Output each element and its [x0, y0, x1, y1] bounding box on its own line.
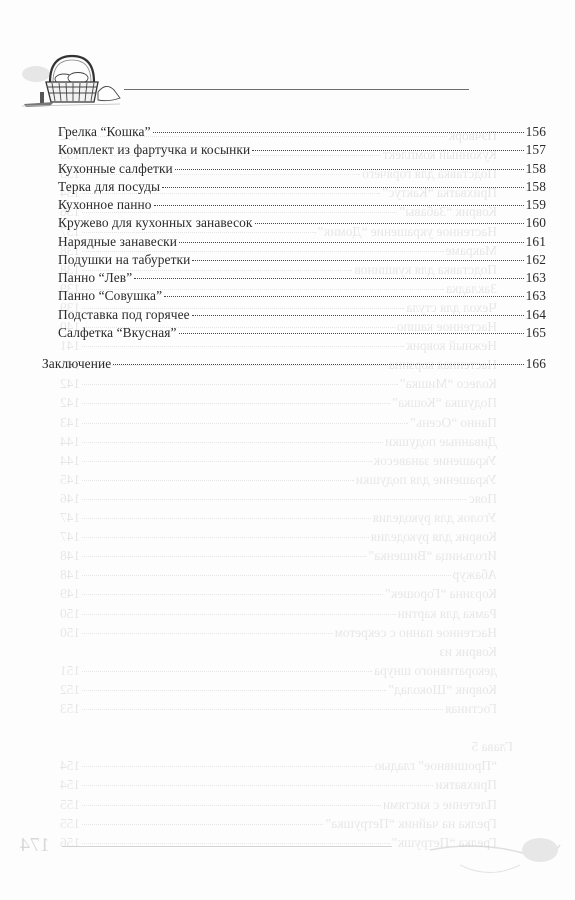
bleed-through-entry-page: 155: [60, 816, 80, 832]
dot-leader: [82, 690, 386, 691]
toc-entry-title: Подушки на табуретки: [58, 252, 190, 268]
bleed-through-entry-title: Рамка для картин: [398, 606, 497, 622]
bleed-through-entry-title: Прихватки: [436, 777, 498, 793]
toc-entry-page-number: 166: [526, 356, 546, 372]
toc-entry: Кухонное панно159: [58, 197, 546, 213]
bleed-through-entry-title: Игольница “Вишенка”: [368, 548, 497, 564]
toc-entry-page-number: 160: [526, 215, 546, 231]
bleed-through-entry-title: декоративного шнура: [374, 663, 497, 679]
bleed-through-entry-title: Глава 5: [472, 739, 514, 755]
bleed-through-entry-page: 148: [60, 567, 80, 583]
toc-entry: Кухонные салфетки158: [58, 161, 546, 177]
toc-entry-title: Панно “Лев”: [58, 270, 132, 286]
bleed-through-entry: Украшение занавесок144: [60, 453, 497, 469]
bleed-through-entry-page: 144: [60, 453, 80, 469]
bleed-through-entry-page: 150: [60, 606, 80, 622]
bleed-through-entry-title: “Прошивное” гладью: [375, 758, 497, 774]
dot-leader: [82, 843, 390, 844]
bleed-through-entry-title: Уголок для рукоделия: [373, 510, 497, 526]
toc-entry: Подушки на табуретки162: [58, 252, 546, 268]
toc-entry-title: Кухонные салфетки: [58, 161, 173, 177]
bleed-through-entry-title: Коврик “Шоколад”: [388, 682, 497, 698]
bleed-through-entry-page: 147: [60, 510, 80, 526]
dot-leader: [192, 315, 524, 316]
bleed-through-entry: Диванные подушки144: [60, 434, 497, 450]
bleed-through-entry-title: Подушка “Кошка”: [392, 395, 497, 411]
dot-leader: [164, 296, 523, 297]
dot-leader: [252, 150, 523, 151]
toc-entry-page-number: 164: [526, 307, 546, 323]
dot-leader: [82, 785, 433, 786]
bleed-through-entry-page: 142: [60, 395, 80, 411]
book-page: Пэчворк132Кухонный комплект133Подставка …: [0, 0, 575, 900]
bleed-through-entry-title: Корзина “Горошек”: [385, 586, 497, 602]
bleed-through-entry-title: Гостиная: [445, 701, 497, 717]
dot-leader: [82, 766, 372, 767]
dot-leader: [153, 132, 524, 133]
bleed-through-entry-title: Украшение занавесок: [374, 453, 497, 469]
toc-entry-page-number: 157: [526, 142, 546, 158]
bleed-through-entry: Глава 5: [60, 739, 513, 755]
bleed-through-entry-title: Пояс: [469, 491, 497, 507]
dot-leader: [82, 480, 354, 481]
bleed-through-entry-title: Колесо “Мишка”: [400, 376, 497, 392]
toc-entry: Панно “Совушка”163: [58, 288, 546, 304]
toc-entry-title: Кружево для кухонных занавесок: [58, 215, 253, 231]
dot-leader: [82, 575, 451, 576]
dot-leader: [82, 346, 404, 347]
bleed-through-footer-rule: [62, 846, 392, 847]
bleed-through-entry: Украшение для подушки145: [60, 472, 497, 488]
bleed-through-entry-page: 152: [60, 682, 80, 698]
bleed-through-entry-page: 150: [60, 625, 80, 641]
bleed-through-entry-page: 153: [60, 701, 80, 717]
toc-entry-page-number: 159: [526, 197, 546, 213]
dot-leader: [82, 423, 408, 424]
toc-entry: Нарядные занавески161: [58, 234, 546, 250]
dot-leader: [179, 333, 524, 334]
bleed-through-entry-page: 154: [60, 758, 80, 774]
toc-entry-title: Кухонное панно: [58, 197, 152, 213]
bleed-through-entry-page: 149: [60, 586, 80, 602]
bleed-through-entry-page: 148: [60, 548, 80, 564]
bleed-through-entry-page: 146: [60, 491, 80, 507]
header-rule: [124, 89, 469, 90]
dot-leader: [82, 442, 383, 443]
toc-entry: Кружево для кухонных занавесок160: [58, 215, 546, 231]
bleed-through-entry: Колесо “Мишка”142: [60, 376, 497, 392]
bleed-through-entry-title: Коврик из: [440, 644, 497, 660]
dot-leader: [82, 384, 398, 385]
basket-ornament-icon: [14, 52, 124, 112]
toc-entry: Комплект из фартучка и косынки157: [58, 142, 546, 158]
toc-entry: Заключение166: [42, 356, 546, 372]
toc-entry-title: Салфетка “Вкусная”: [58, 325, 177, 341]
dot-leader: [162, 187, 523, 188]
bleed-through-entry-title: Диванные подушки: [385, 434, 497, 450]
bleed-through-entry: Рамка для картин150: [60, 606, 497, 622]
dot-leader: [192, 260, 523, 261]
bleed-through-folio: 174: [20, 834, 50, 857]
bleed-through-entry: декоративного шнура151: [60, 663, 497, 679]
toc-entry-title: Нарядные занавески: [58, 234, 177, 250]
toc-entry-title: Терка для посуды: [58, 179, 160, 195]
bleed-through-entry: Гостиная153: [60, 701, 497, 717]
dot-leader: [82, 461, 372, 462]
toc-entry-page-number: 163: [526, 270, 546, 286]
bleed-through-entry-page: 155: [60, 797, 80, 813]
bleed-through-entry: Корзина “Горошек”149: [60, 586, 497, 602]
bleed-through-entry-page: 154: [60, 777, 80, 793]
bleed-through-entry-title: Украшение для подушки: [356, 472, 497, 488]
bleed-through-entry-page: 142: [60, 376, 80, 392]
dot-leader: [82, 824, 323, 825]
dot-leader: [134, 278, 523, 279]
bleed-through-entry-title: Коврик для рукоделия: [371, 529, 497, 545]
bleed-through-entry: “Прошивное” гладью154: [60, 758, 497, 774]
toc-entry-page-number: 161: [526, 234, 546, 250]
bleed-through-entry: Панно “Осень”143: [60, 415, 497, 431]
dot-leader: [82, 671, 372, 672]
dot-leader: [154, 205, 524, 206]
dot-leader: [82, 232, 316, 233]
bleed-through-entry: Подушка “Кошка”142: [60, 395, 497, 411]
bleed-through-entry-page: 156: [60, 835, 80, 851]
bleed-through-entry: Прихватки154: [60, 777, 497, 793]
toc-entry-title: Подставка под горячее: [58, 307, 190, 323]
toc-entry: Салфетка “Вкусная”165: [58, 325, 546, 341]
dot-leader: [82, 805, 381, 806]
toc-entry-title: Панно “Совушка”: [58, 288, 162, 304]
toc-entry: Подставка под горячее164: [58, 307, 546, 323]
dot-leader: [82, 537, 369, 538]
toc-entry-page-number: 158: [526, 179, 546, 195]
dot-leader: [82, 403, 390, 404]
bleed-through-entry-page: 144: [60, 434, 80, 450]
bleed-through-entry: Уголок для рукоделия147: [60, 510, 497, 526]
bleed-through-entry-page: 145: [60, 472, 80, 488]
toc-entry-title: Заключение: [42, 356, 111, 372]
bleed-through-ornament-icon: [420, 810, 570, 890]
dot-leader: [82, 518, 371, 519]
toc-entry-title: Грелка “Кошка”: [58, 124, 151, 140]
bleed-through-entry: Пояс146: [60, 491, 497, 507]
dot-leader: [82, 633, 333, 634]
toc-entry-page-number: 158: [526, 161, 546, 177]
toc-entry-title: Комплект из фартучка и косынки: [58, 142, 250, 158]
dot-leader: [175, 169, 524, 170]
bleed-through-entry: Абажур148: [60, 567, 497, 583]
bleed-through-entry-title: Настенное панно с секретом: [335, 625, 497, 641]
bleed-through-entry-page: 147: [60, 529, 80, 545]
bleed-through-entry-page: 151: [60, 663, 80, 679]
toc-entry-page-number: 165: [526, 325, 546, 341]
toc-entry-page-number: 162: [526, 252, 546, 268]
toc-entry: Терка для посуды158: [58, 179, 546, 195]
toc-entry-page-number: 163: [526, 288, 546, 304]
dot-leader: [82, 556, 366, 557]
bleed-through-entry: Игольница “Вишенка”148: [60, 548, 497, 564]
bleed-through-entry: Коврик из: [60, 644, 497, 660]
bleed-through-entry-title: Панно “Осень”: [410, 415, 497, 431]
bleed-through-entry-page: 143: [60, 415, 80, 431]
dot-leader: [82, 499, 467, 500]
dot-leader: [82, 614, 395, 615]
dot-leader: [82, 594, 383, 595]
bleed-through-entry: Настенное панно с секретом150: [60, 625, 497, 641]
bleed-through-entry: Коврик “Шоколад”152: [60, 682, 497, 698]
dot-leader: [82, 709, 443, 710]
toc-entry: Панно “Лев”163: [58, 270, 546, 286]
toc-entry: Грелка “Кошка”156: [58, 124, 546, 140]
bleed-through-entry: Коврик для рукоделия147: [60, 529, 497, 545]
toc-entry-page-number: 156: [526, 124, 546, 140]
bleed-through-entry-title: Абажур: [453, 567, 497, 583]
dot-leader: [255, 223, 524, 224]
dot-leader: [113, 364, 523, 365]
dot-leader: [179, 242, 524, 243]
